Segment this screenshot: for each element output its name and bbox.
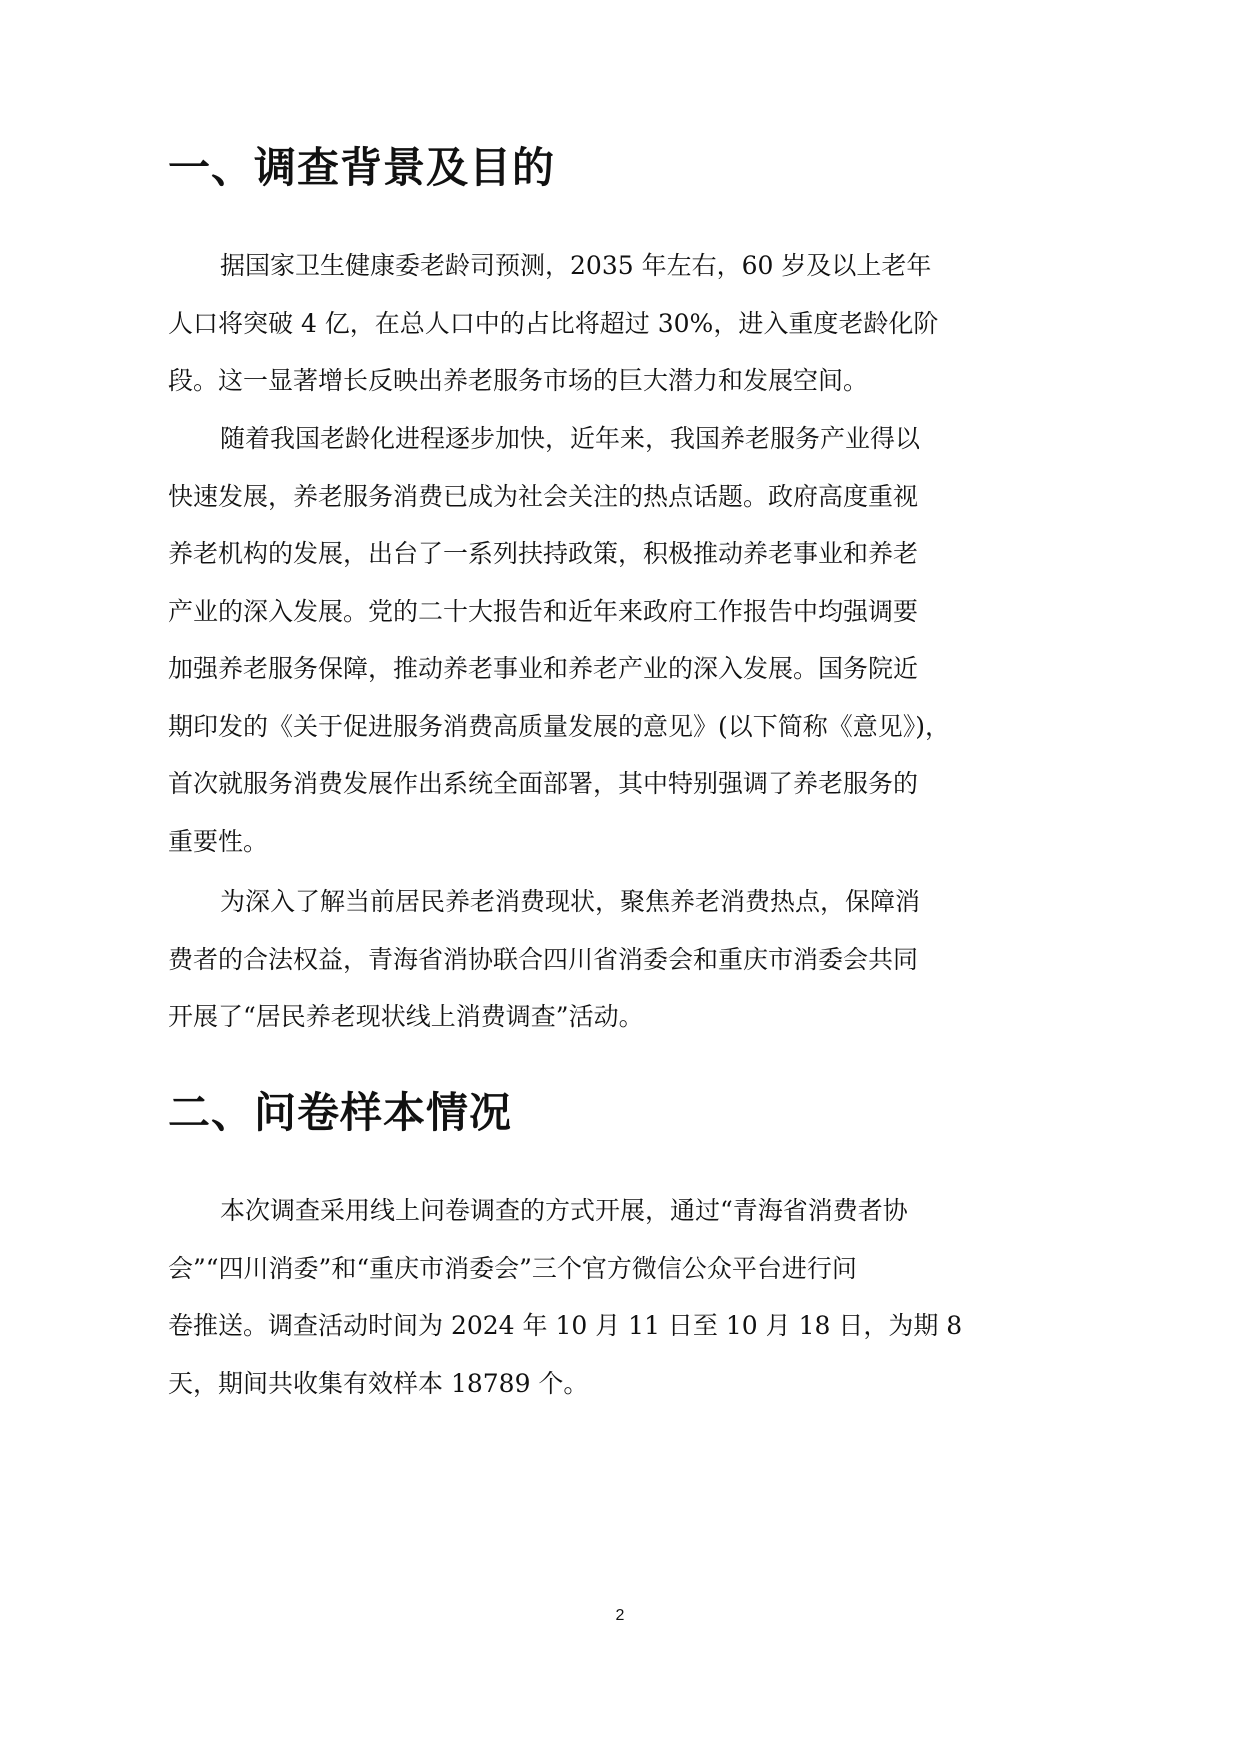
page-number: 2 [0, 1607, 1240, 1625]
text-line: 快速发展，养老服务消费已成为社会关注的热点话题。政府高度重视 [168, 468, 944, 526]
text-line: 产业的深入发展。党的二十大报告和近年来政府工作报告中均强调要 [168, 583, 944, 641]
text-line: 卷推送。调查活动时间为 2024 年 10 月 11 日至 10 月 18 日，… [168, 1297, 944, 1355]
section-heading-sample: 二、问卷样本情况 [168, 1088, 512, 1138]
text-line: 本次调查采用线上问卷调查的方式开展，通过“青海省消费者协 [168, 1182, 944, 1240]
paragraph-survey-purpose: 为深入了解当前居民养老消费现状，聚焦养老消费热点，保障消 费者的合法权益，青海省… [168, 873, 944, 1046]
text-line: 会”“四川消委”和“重庆市消委会”三个官方微信公众平台进行问 [168, 1240, 944, 1298]
text-line: 首次就服务消费发展作出系统全面部署，其中特别强调了养老服务的 [168, 755, 944, 813]
text-line: 费者的合法权益，青海省消协联合四川省消委会和重庆市消委会共同 [168, 931, 944, 989]
text-line: 段。这一显著增长反映出养老服务市场的巨大潜力和发展空间。 [168, 352, 944, 410]
paragraph-sample-method: 本次调查采用线上问卷调查的方式开展，通过“青海省消费者协 会”“四川消委”和“重… [168, 1182, 944, 1412]
text-line: 期印发的《关于促进服务消费高质量发展的意见》(以下简称《意见》)， [168, 698, 944, 756]
paragraph-policy-context: 随着我国老龄化进程逐步加快，近年来，我国养老服务产业得以 快速发展，养老服务消费… [168, 410, 944, 870]
text-line: 天，期间共收集有效样本 18789 个。 [168, 1355, 944, 1413]
paragraph-population-forecast: 据国家卫生健康委老龄司预测，2035 年左右，60 岁及以上老年 人口将突破 4… [168, 237, 944, 410]
text-line: 据国家卫生健康委老龄司预测，2035 年左右，60 岁及以上老年 [168, 237, 944, 295]
text-line: 养老机构的发展，出台了一系列扶持政策，积极推动养老事业和养老 [168, 525, 944, 583]
text-line: 开展了“居民养老现状线上消费调查”活动。 [168, 988, 944, 1046]
text-line: 为深入了解当前居民养老消费现状，聚焦养老消费热点，保障消 [168, 873, 944, 931]
text-line: 重要性。 [168, 813, 944, 871]
text-line: 人口将突破 4 亿，在总人口中的占比将超过 30%，进入重度老龄化阶 [168, 295, 944, 353]
section-heading-background: 一、调查背景及目的 [168, 143, 555, 193]
text-line: 加强养老服务保障，推动养老事业和养老产业的深入发展。国务院近 [168, 640, 944, 698]
text-line: 随着我国老龄化进程逐步加快，近年来，我国养老服务产业得以 [168, 410, 944, 468]
